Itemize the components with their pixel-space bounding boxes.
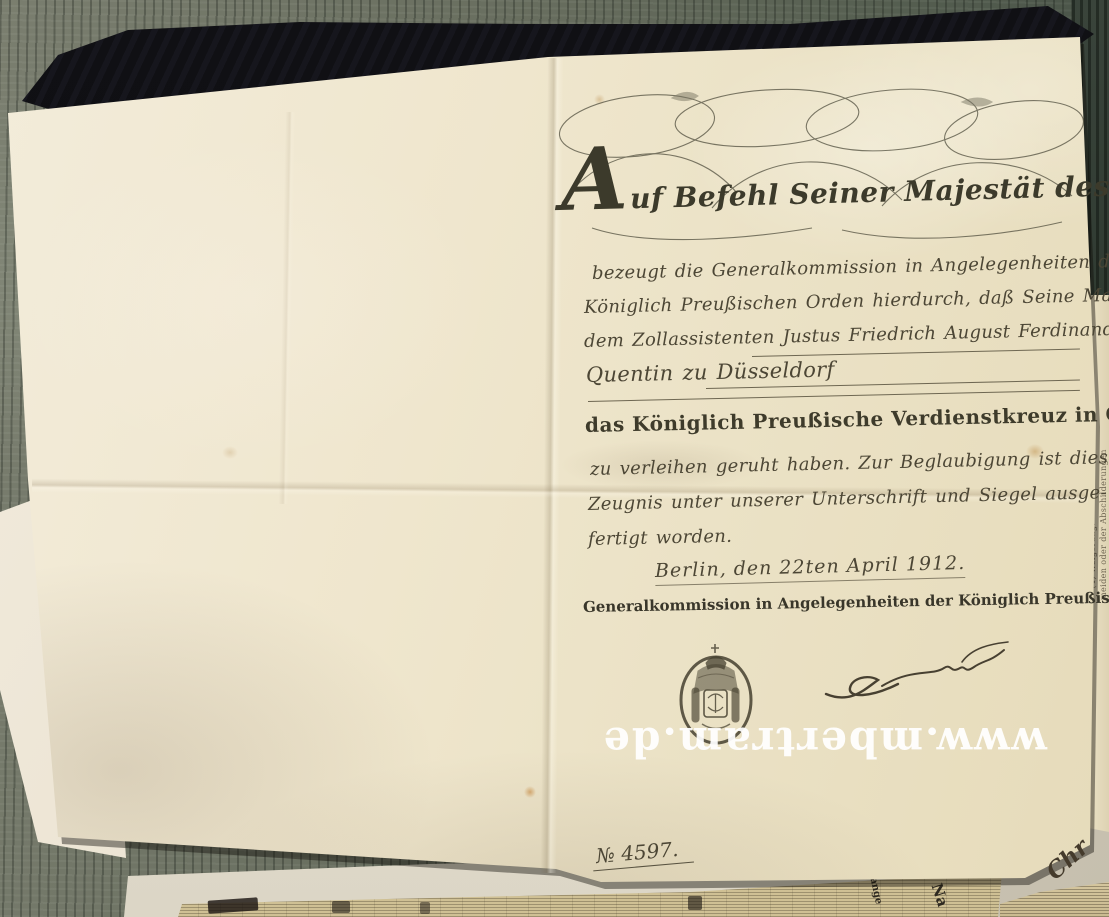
newsprint-smudge: [688, 896, 702, 910]
newsprint-smudge: [332, 901, 350, 913]
certificate-header: Auf Befehl Seiner Majestät des Königs: [560, 120, 1109, 224]
newsprint-smudge: [420, 902, 430, 914]
header-initial: A: [560, 136, 627, 224]
watermark: www.mbertram.de: [633, 718, 1047, 766]
fox-stain: [524, 786, 536, 798]
closing-line: fertigt worden.: [588, 526, 733, 550]
signature-scribble: [812, 628, 1017, 713]
header-text: uf Befehl Seiner Majestät des Königs: [630, 166, 1109, 215]
fox-stain: [222, 446, 238, 459]
